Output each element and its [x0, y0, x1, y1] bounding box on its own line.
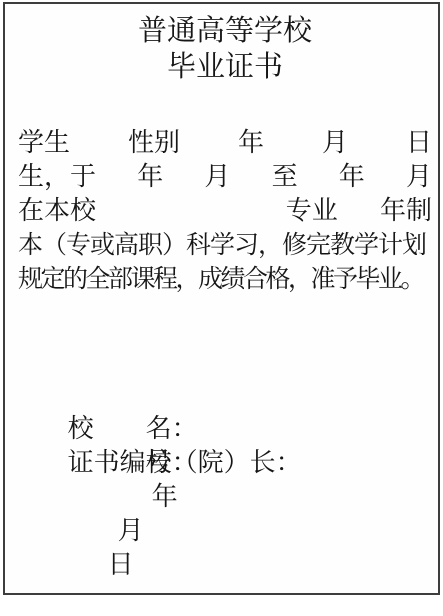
label-year: 年: [238, 126, 264, 160]
line-school-president: 校 名： 校（院）长：: [18, 378, 432, 412]
label-gender: 性别: [128, 126, 180, 160]
label-student: 学生: [18, 126, 70, 160]
certificate-number-label: 证书编号：: [68, 448, 198, 478]
label-year: 年: [152, 482, 178, 512]
line-completion-text: 规定的全部课程，成绩合格，准予毕业。: [18, 262, 432, 296]
label-month: 月: [118, 516, 144, 546]
certificate-header: 普通高等学校 毕业证书: [18, 12, 432, 84]
blank-school-name: [96, 194, 286, 228]
label-day: 日: [108, 550, 134, 580]
label-to: 至: [272, 160, 298, 194]
label-at-school: 在本校: [18, 194, 96, 228]
line-school-major: 在本校 专业 年制: [18, 194, 432, 228]
label-month: 月: [322, 126, 348, 160]
blank-duration: [338, 194, 380, 228]
label-year: 年: [137, 160, 163, 194]
label-month: 月: [204, 160, 230, 194]
line-study-period: 生，于 年 月 至 年 月: [18, 160, 432, 194]
line-student-birthdate: 学生 性别 年 月 日: [18, 126, 432, 160]
school-name-label: 校 名：: [68, 414, 198, 444]
line-program-text: 本（专或高职）科学习，修完教学计划: [18, 228, 432, 262]
certificate-sheet: 普通高等学校 毕业证书 学生 性别 年 月 日 生，于 年 月 至 年 月 在本…: [3, 2, 440, 595]
certificate-subtitle: 毕业证书: [18, 48, 432, 84]
label-duration: 年制: [380, 194, 432, 228]
certificate-footer: 校 名： 校（院）长： 证书编号： 年 月 日: [18, 378, 432, 446]
label-born: 生，于: [18, 160, 96, 194]
label-major: 专业: [286, 194, 338, 228]
label-month: 月: [406, 160, 432, 194]
certificate-title: 普通高等学校: [18, 12, 432, 48]
certificate-body: 学生 性别 年 月 日 生，于 年 月 至 年 月 在本校 专业 年制 本（专或…: [18, 126, 432, 296]
label-day: 日: [406, 126, 432, 160]
label-year: 年: [339, 160, 365, 194]
